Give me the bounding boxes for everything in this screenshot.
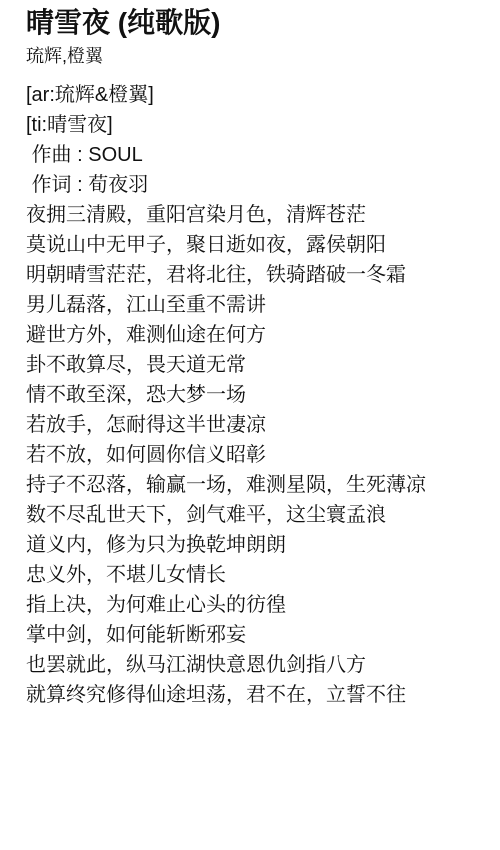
song-artist: 琉辉,橙翼 [26,45,482,67]
lyric-line: 若放手，怎耐得这半世凄凉 [26,410,482,440]
lyric-line: 避世方外，难测仙途在何方 [26,320,482,350]
lyrics-body: [ar:琉辉&橙翼][ti:晴雪夜] 作曲 : SOUL 作词 : 荀夜羽夜拥三… [26,80,482,710]
lyric-line: 掌中剑，如何能斩断邪妄 [26,620,482,650]
lrc-tag-line: [ti:晴雪夜] [26,110,482,140]
lyric-line: 莫说山中无甲子，聚日逝如夜，露侯朝阳 [26,230,482,260]
lyric-line: 卦不敢算尽，畏天道无常 [26,350,482,380]
lyrics-page: 晴雪夜 (纯歌版) 琉辉,橙翼 [ar:琉辉&橙翼][ti:晴雪夜] 作曲 : … [0,0,500,710]
lyric-line: 忠义外，不堪儿女情长 [26,560,482,590]
lyric-line: 道义内，修为只为换乾坤朗朗 [26,530,482,560]
lyric-line: 指上决，为何难止心头的彷徨 [26,590,482,620]
lyric-line: 夜拥三清殿，重阳宫染月色，清辉苍茫 [26,200,482,230]
song-title: 晴雪夜 (纯歌版) [26,6,482,40]
lrc-tag-line: [ar:琉辉&橙翼] [26,80,482,110]
lyric-line: 明朝晴雪茫茫，君将北往，铁骑踏破一冬霜 [26,260,482,290]
lyric-line: 数不尽乱世天下，剑气难平，这尘寰孟浪 [26,500,482,530]
lyric-line: 情不敢至深，恐大梦一场 [26,380,482,410]
credit-line: 作曲 : SOUL [26,140,482,170]
lyric-line: 男儿磊落，江山至重不需讲 [26,290,482,320]
lyric-line: 也罢就此，纵马江湖快意恩仇剑指八方 [26,650,482,680]
lyric-line: 就算终究修得仙途坦荡，君不在，立誓不往 [26,680,482,710]
credit-line: 作词 : 荀夜羽 [26,170,482,200]
lyric-line: 若不放，如何圆你信义昭彰 [26,440,482,470]
lyric-line: 持子不忍落，输赢一场，难测星陨，生死薄凉 [26,470,482,500]
